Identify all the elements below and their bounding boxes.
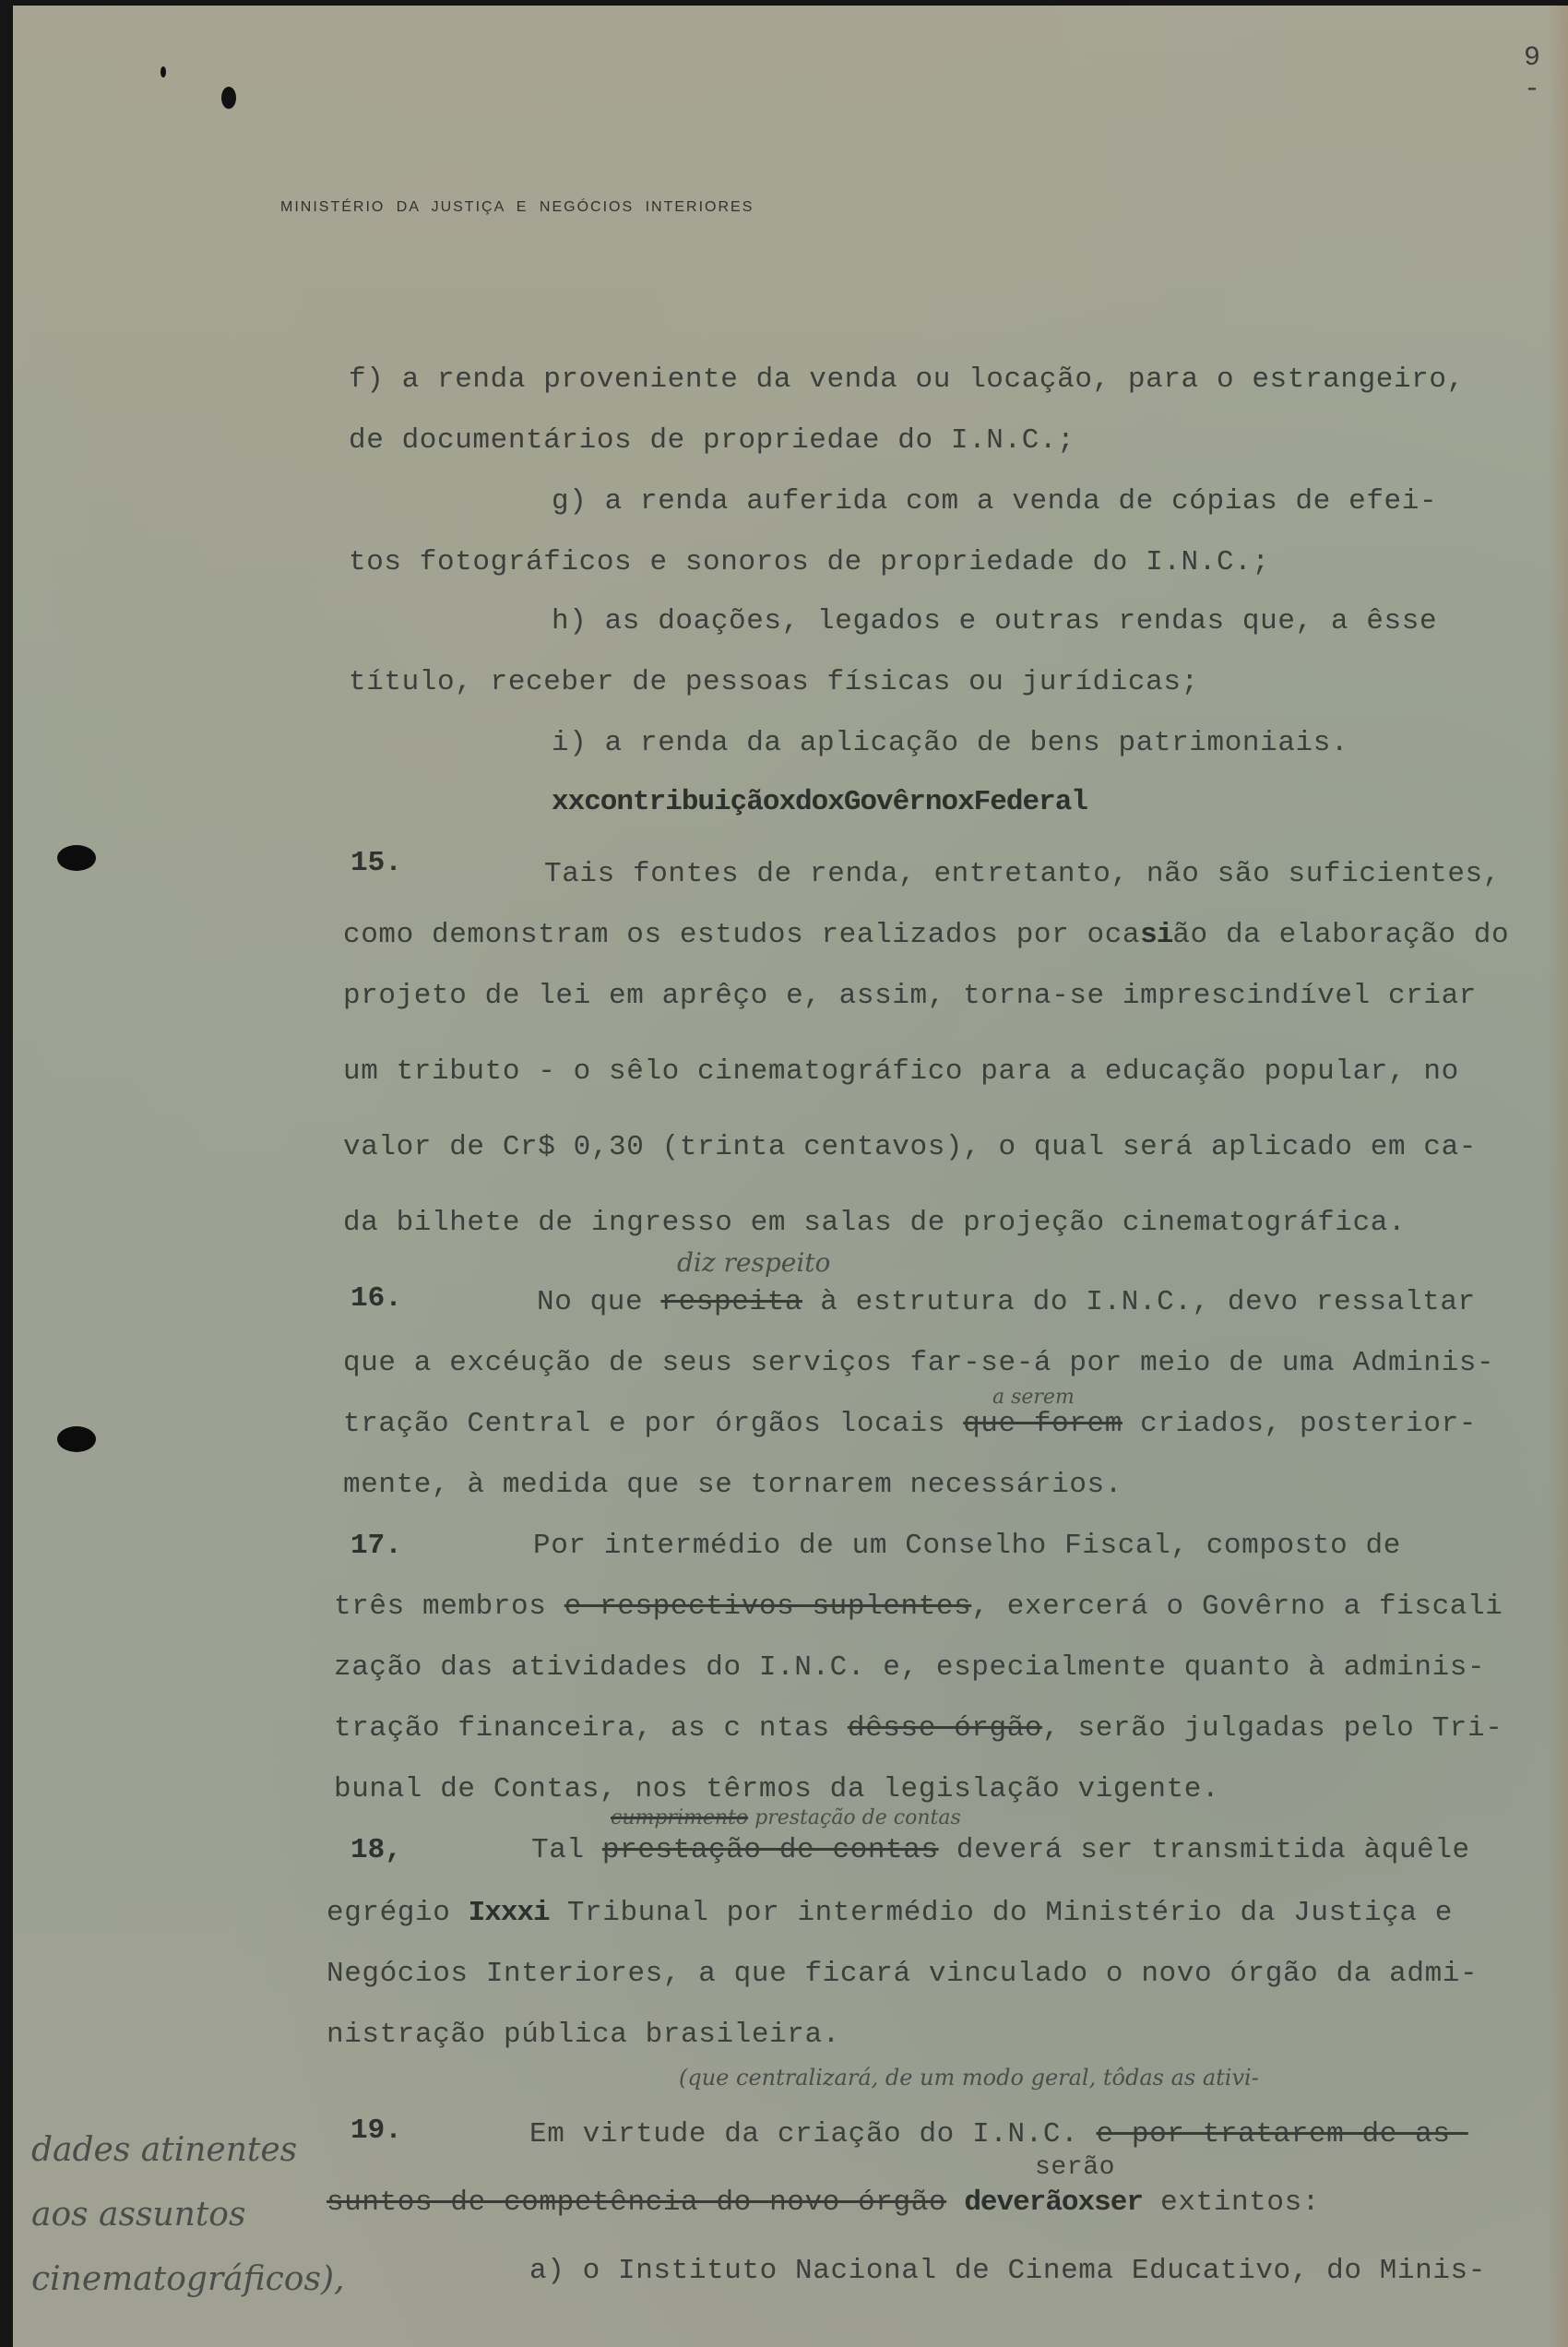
p17-line2: três membros e respectivos suplentes, ex… <box>334 1590 1503 1623</box>
p15-line4: um tributo - o sêlo cinematográfico para… <box>343 1055 1459 1088</box>
paragraph-number-15: 15. <box>350 847 402 879</box>
item-f-line2: de documentários de propriedae do I.N.C.… <box>349 424 1075 457</box>
item-f-line1: f) a renda proveniente da venda ou locaç… <box>349 363 1465 396</box>
item-g-line2: tos fotográficos e sonoros de propriedad… <box>349 546 1270 578</box>
item-g-line1: g) a renda auferida com a venda de cópia… <box>552 485 1437 518</box>
letterhead: MINISTÉRIO DA JUSTIÇA E NEGÓCIOS INTERIO… <box>280 199 754 216</box>
p15-line6: da bilhete de ingresso em salas de proje… <box>343 1207 1406 1239</box>
scan-border-left <box>0 0 13 2347</box>
margin-note-line1: dades atinentes <box>31 2118 344 2183</box>
paper-damage-hole <box>221 87 236 109</box>
margin-note-line3: cinematográficos), <box>31 2247 344 2312</box>
p19-item-a: a) o Instituto Nacional de Cinema Educat… <box>529 2255 1486 2287</box>
p17-line4: tração financeira, as c ntas dêsse órgão… <box>334 1712 1503 1745</box>
p19-line2: suntos de competência do novo órgão deve… <box>327 2186 1320 2219</box>
punch-hole-top <box>57 845 96 871</box>
p16-line2: que a excéução de seus serviços far-se-á… <box>343 1347 1494 1379</box>
paper-damage-speck <box>160 66 166 77</box>
p16-handwritten-annotation: diz respeito <box>677 1247 830 1278</box>
p16-line3: tração Central e por órgãos locais que f… <box>343 1408 1477 1440</box>
p18-handwritten-annotation: cumprimento prestação de contas <box>611 1806 961 1829</box>
struck-out-line: xxcontribuiçãoxdoxGovêrnoxFederal <box>552 786 1087 818</box>
p16-handwritten-insert: a serem <box>992 1386 1075 1409</box>
p16-line1: No que respeita à estrutura do I.N.C., d… <box>537 1286 1476 1318</box>
p17-line3: zação das atividades do I.N.C. e, especi… <box>334 1651 1485 1684</box>
document-page: 9 - MINISTÉRIO DA JUSTIÇA E NEGÓCIOS INT… <box>13 6 1568 2347</box>
p19-insert-above: serão <box>1035 2153 1115 2182</box>
p17-line1: Por intermédio de um Conselho Fiscal, co… <box>533 1530 1401 1562</box>
p15-line2: como demonstram os estudos realizados po… <box>343 919 1509 951</box>
p18-line1: Tal prestação de contas deverá ser trans… <box>531 1834 1470 1866</box>
p18-line3: Negócios Interiores, a que ficará vincul… <box>327 1958 1478 1990</box>
paragraph-number-16: 16. <box>350 1282 402 1315</box>
p15-line1: Tais fontes de renda, entretanto, não sã… <box>544 858 1501 890</box>
p18-line4: nistração pública brasileira. <box>327 2019 840 2051</box>
p16-line4: mente, à medida que se tornarem necessár… <box>343 1469 1123 1501</box>
paragraph-number-17: 17. <box>350 1530 402 1562</box>
item-h-line1: h) as doações, legados e outras rendas q… <box>552 605 1437 637</box>
paragraph-number-18: 18, <box>350 1834 402 1866</box>
item-h-line2: título, receber de pessoas físicas ou ju… <box>349 666 1199 698</box>
p19-line1: Em virtude da criação do I.N.C. e por tr… <box>529 2118 1468 2150</box>
p18-line2: egrégio Ixxxi Tribunal por intermédio do… <box>327 1897 1453 1929</box>
paragraph-number-19: 19. <box>350 2115 402 2147</box>
punch-hole-bottom <box>57 1426 96 1452</box>
p15-line3: projeto de lei em aprêço e, assim, torna… <box>343 980 1477 1012</box>
item-i-line1: i) a renda da aplicação de bens patrimon… <box>552 727 1348 759</box>
p17-line5: bunal de Contas, nos têrmos da legislaçã… <box>334 1773 1219 1805</box>
p15-line5: valor de Cr$ 0,30 (trinta centavos), o q… <box>343 1131 1477 1163</box>
margin-handwritten-note: dades atinentes aos assuntos cinematográ… <box>31 2118 344 2312</box>
margin-note-line2: aos assuntos <box>31 2183 344 2247</box>
page-number: 9 - <box>1524 42 1568 105</box>
p19-handwritten-annotation: (que centralizará, de um modo geral, tôd… <box>679 2065 1259 2091</box>
